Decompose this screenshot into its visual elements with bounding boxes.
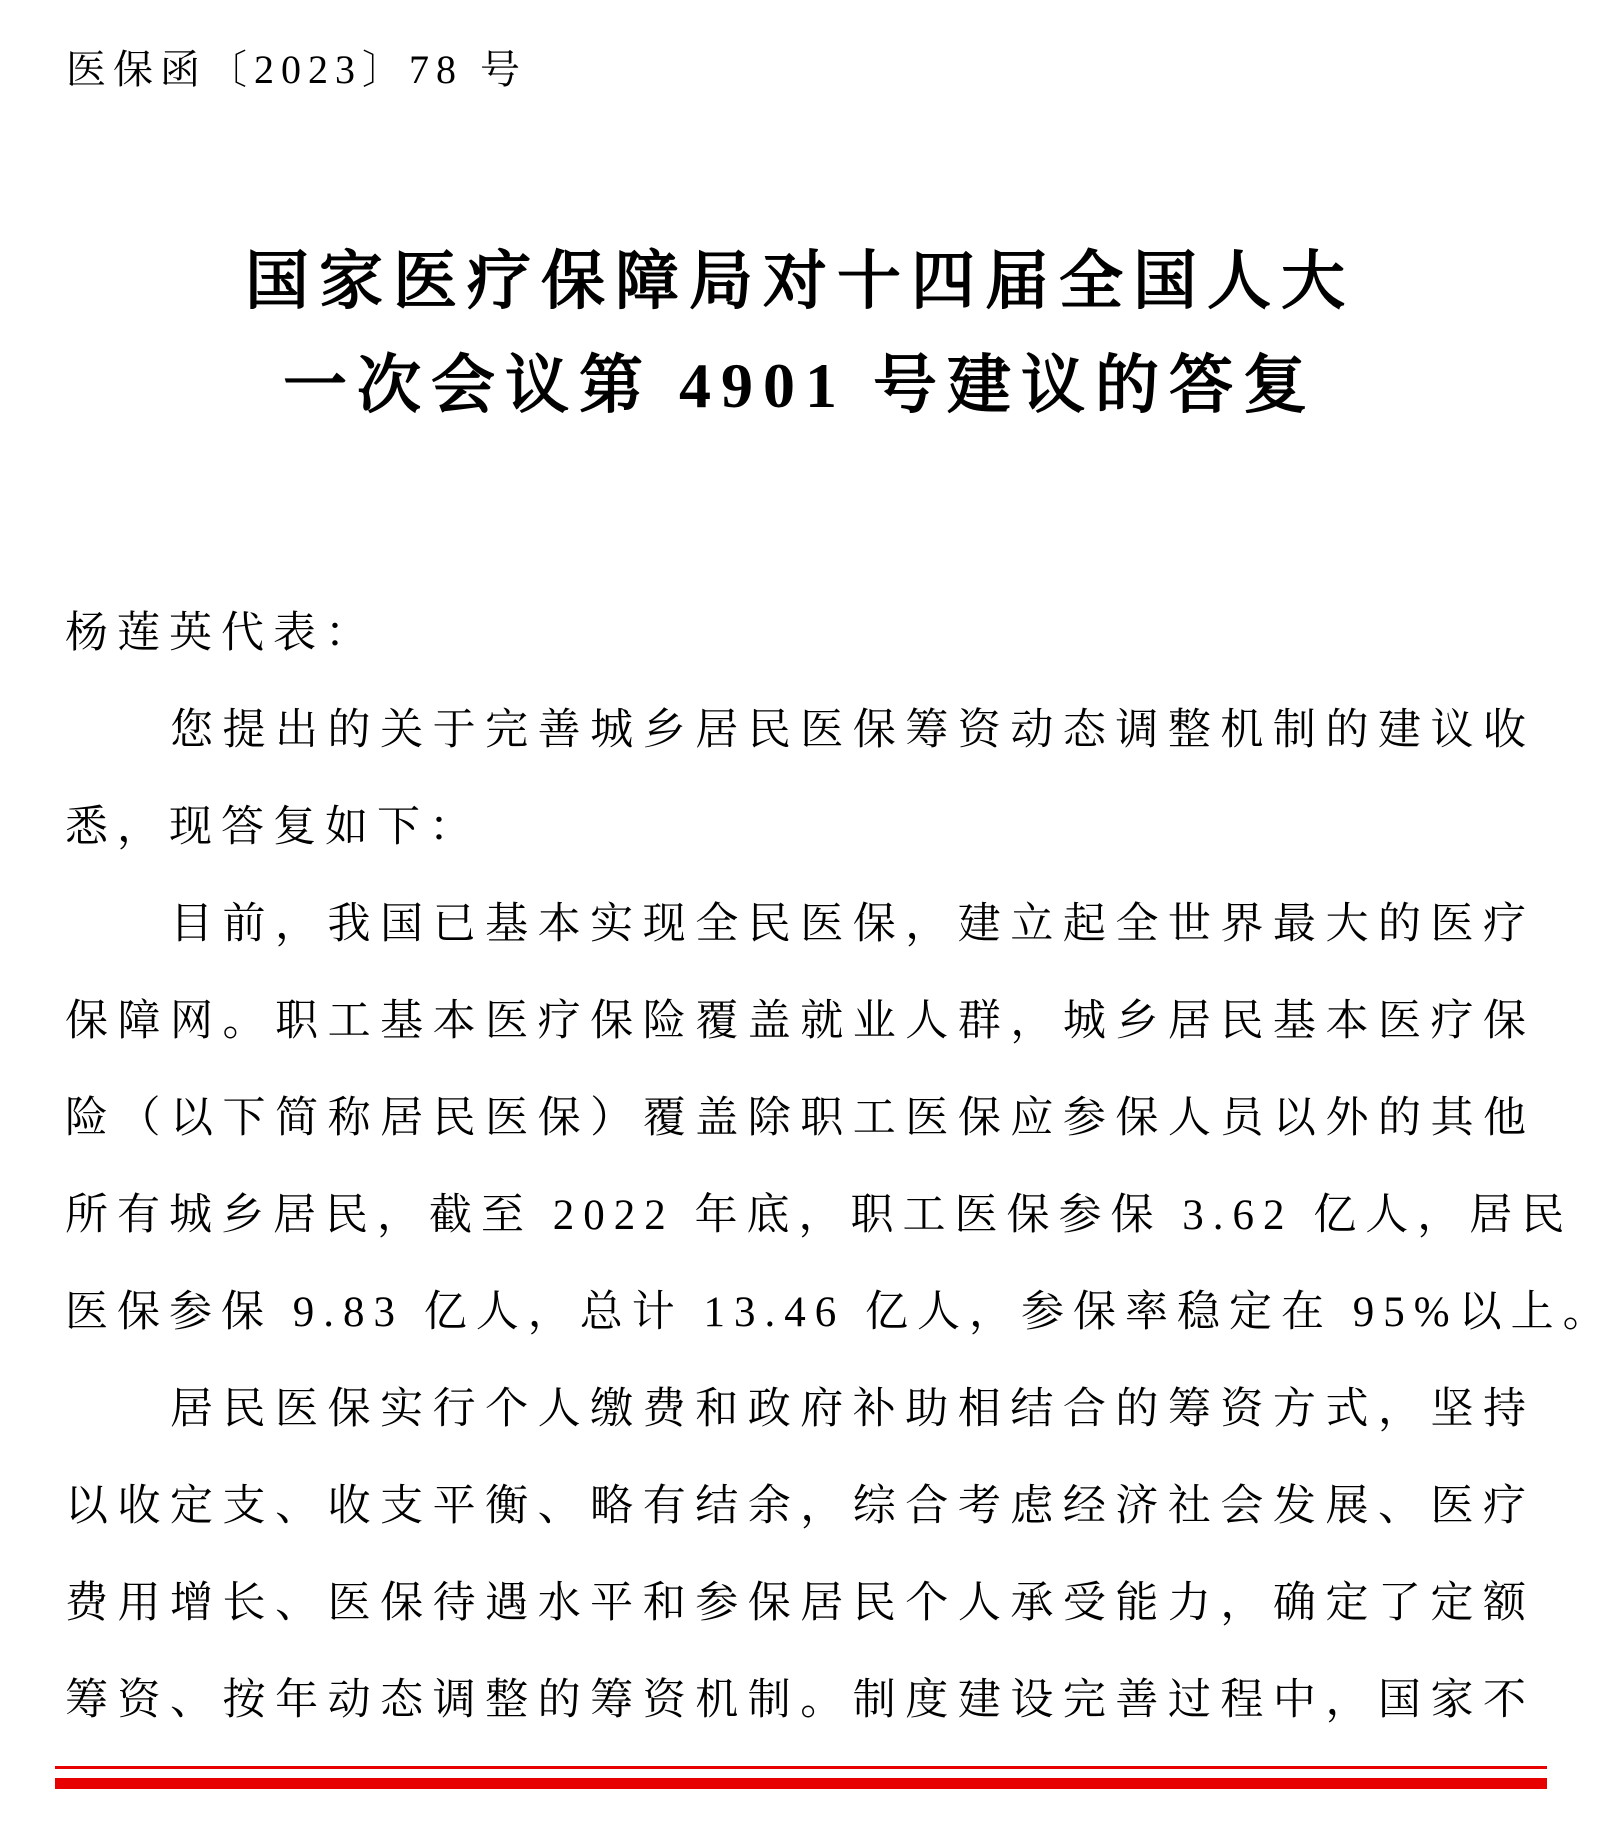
body-line: 您提出的关于完善城乡居民医保筹资动态调整机制的建议收 xyxy=(65,682,1535,779)
document-title-line-1: 国家医疗保障局对十四届全国人大 xyxy=(0,230,1600,334)
body-line: 居民医保实行个人缴费和政府补助相结合的筹资方式，坚持 xyxy=(65,1361,1535,1458)
document-body: 杨莲英代表： 您提出的关于完善城乡居民医保筹资动态调整机制的建议收 悉，现答复如… xyxy=(65,585,1535,1749)
body-line: 所有城乡居民，截至 2022 年底，职工医保参保 3.62 亿人，居民 xyxy=(65,1167,1535,1264)
salutation: 杨莲英代表： xyxy=(65,585,1535,682)
footer-rule-thick xyxy=(55,1778,1547,1789)
body-line: 费用增长、医保待遇水平和参保居民个人承受能力，确定了定额 xyxy=(65,1555,1535,1652)
body-line: 以收定支、收支平衡、略有结余，综合考虑经济社会发展、医疗 xyxy=(65,1458,1535,1555)
document-title-line-2: 一次会议第 4901 号建议的答复 xyxy=(0,334,1600,438)
document-page: 医保函〔2023〕78 号 国家医疗保障局对十四届全国人大 一次会议第 4901… xyxy=(0,0,1600,1839)
document-title: 国家医疗保障局对十四届全国人大 一次会议第 4901 号建议的答复 xyxy=(0,230,1600,438)
body-line: 医保参保 9.83 亿人，总计 13.46 亿人，参保率稳定在 95%以上。 xyxy=(65,1264,1535,1361)
body-line: 筹资、按年动态调整的筹资机制。制度建设完善过程中，国家不 xyxy=(65,1652,1535,1749)
body-line: 目前，我国已基本实现全民医保，建立起全世界最大的医疗 xyxy=(65,876,1535,973)
body-line: 险（以下简称居民医保）覆盖除职工医保应参保人员以外的其他 xyxy=(65,1070,1535,1167)
body-line: 悉，现答复如下： xyxy=(65,779,1535,876)
footer-rule-thin xyxy=(55,1766,1547,1769)
body-line: 保障网。职工基本医疗保险覆盖就业人群，城乡居民基本医疗保 xyxy=(65,973,1535,1070)
document-number: 医保函〔2023〕78 号 xyxy=(66,38,527,95)
